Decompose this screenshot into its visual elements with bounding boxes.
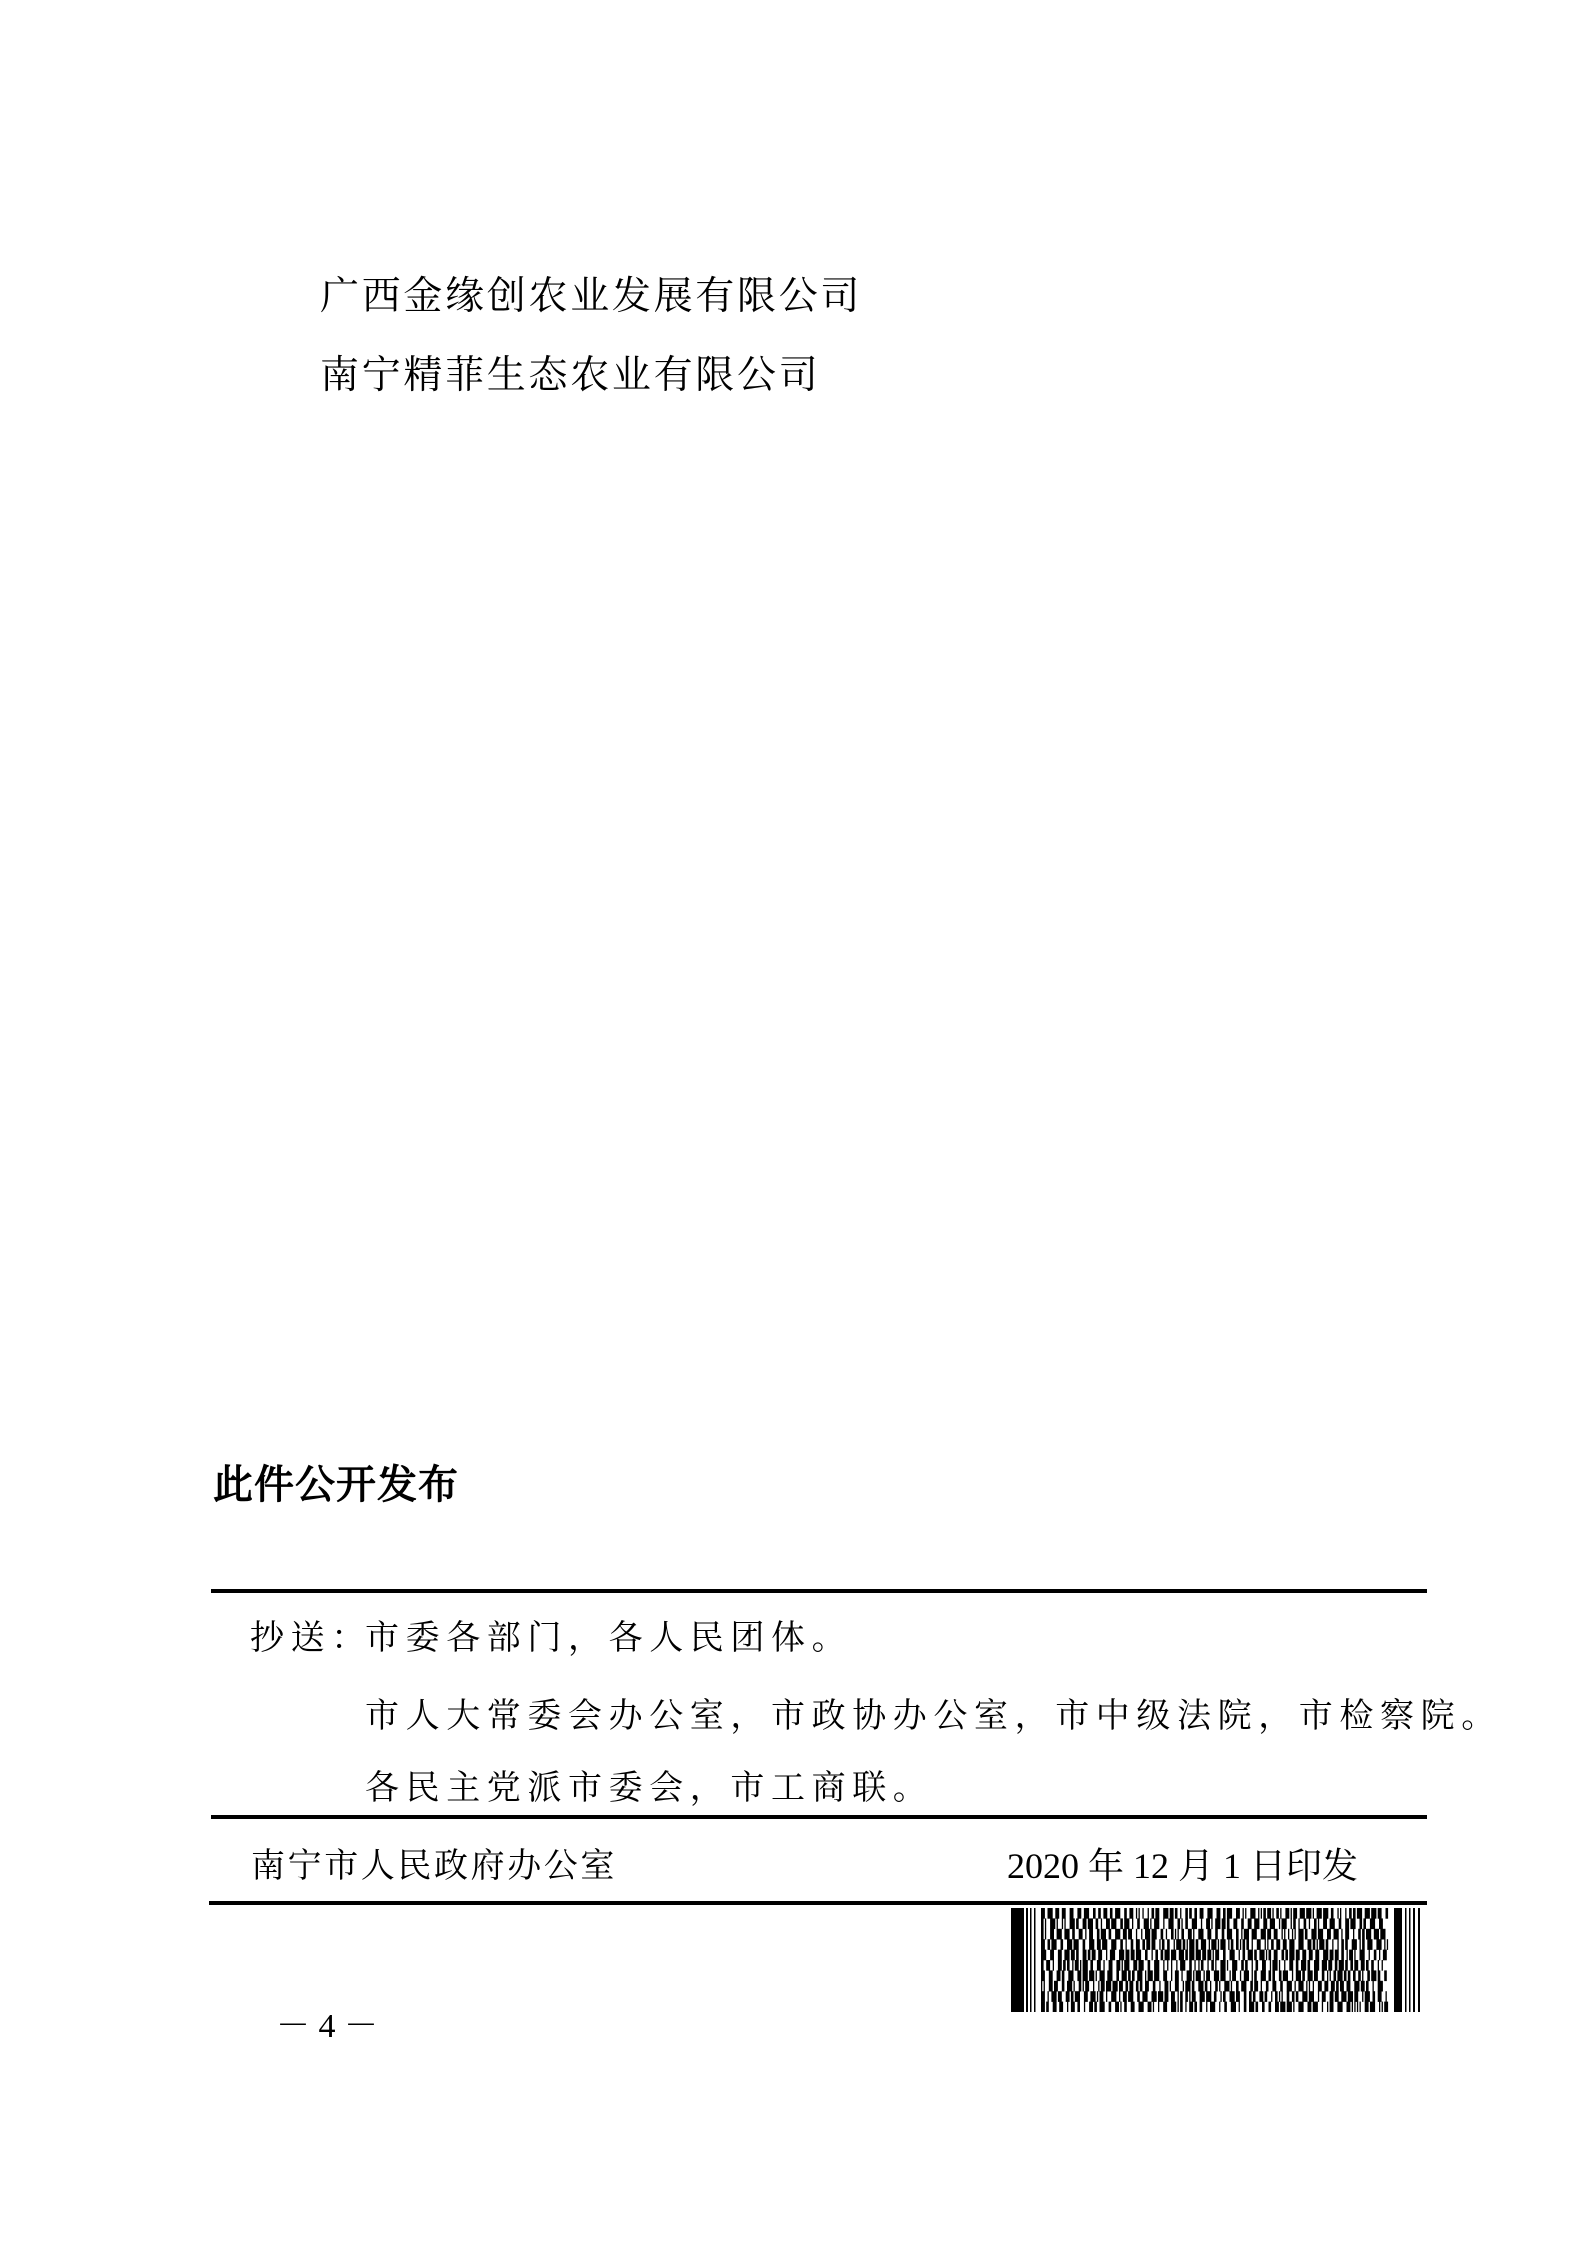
public-release-notice: 此件公开发布 (213, 1465, 459, 1505)
cc-recipients-row: 市人大常委会办公室，市政协办公室，市中级法院，市检察院。 (365, 1700, 1502, 1734)
addressee-line: 广西金缘创农业发展有限公司 (320, 277, 862, 316)
cc-recipients-row: 各民主党派市委会，市工商联。 (365, 1772, 933, 1806)
divider-middle (211, 1815, 1427, 1819)
divider-top (211, 1589, 1427, 1593)
divider-bottom (209, 1901, 1427, 1905)
addressee-line: 南宁精菲生态农业有限公司 (320, 356, 820, 395)
cc-label: 抄送： (250, 1622, 372, 1656)
cc-recipients-row: 市委各部门，各人民团体。 (365, 1622, 852, 1656)
issuing-office: 南宁市人民政府办公室 (251, 1850, 617, 1884)
pdf417-barcode-icon (1011, 1908, 1421, 2012)
page-number: － 4 － (276, 2010, 378, 2044)
issue-date: 2020 年 12 月 1 日印发 (1007, 1848, 1358, 1884)
